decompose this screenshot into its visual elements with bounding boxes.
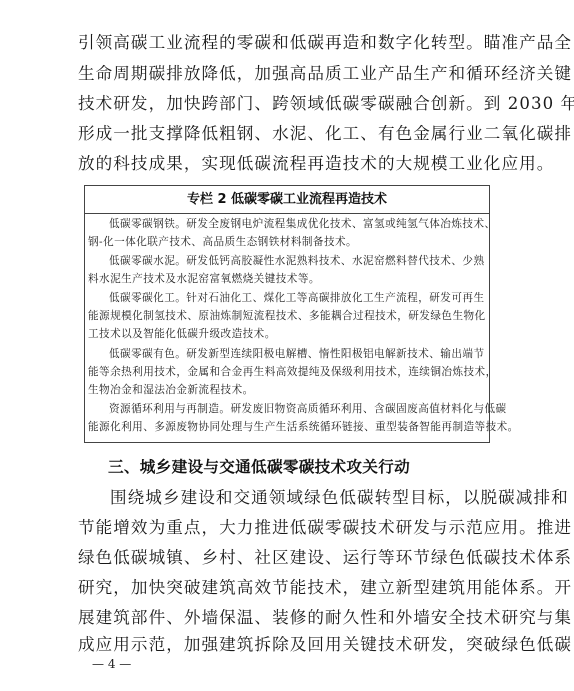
box-line: 料水泥生产技术及水泥窑富氧燃烧关键技术等。 xyxy=(88,272,488,286)
box-line: 低碳零碳有色。研发新型连续阳极电解槽、惰性阳极铝电解新技术、输出端节 xyxy=(109,347,509,361)
box-line: 工技术以及智能化低碳升级改造技术。 xyxy=(88,327,488,341)
section-heading: 三、城乡建设与交通低碳零碳技术攻关行动 xyxy=(108,457,410,477)
paragraph-line: 成应用示范，加强建筑拆除及回用关键技术研发，突破绿色低碳 xyxy=(78,635,498,655)
paragraph-line: 技术研发，加快跨部门、跨领域低碳零碳融合创新。到 2030 年， xyxy=(78,94,498,114)
box-line: 低碳零碳钢铁。研发全废钢电炉流程集成优化技术、富氢或纯氢气体冶炼技术、 xyxy=(109,217,509,231)
column-box-title: 专栏 2 低碳零碳工业流程再造技术 xyxy=(85,186,489,214)
box-line: 低碳零碳水泥。研发低钙高胶凝性水泥熟料技术、水泥窑燃料替代技术、少熟 xyxy=(109,254,509,268)
page-number: — 4 — xyxy=(92,657,131,671)
box-line: 低碳零碳化工。针对石油化工、煤化工等高碳排放化工生产流程，研发可再生 xyxy=(109,291,509,305)
paragraph-line: 展建筑部件、外墙保温、装修的耐久性和外墙安全技术研究与集 xyxy=(78,608,498,628)
paragraph-line: 节能增效为重点，大力推进低碳零碳技术研发与示范应用。推进 xyxy=(78,518,498,538)
paragraph-line: 引领高碳工业流程的零碳和低碳再造和数字化转型。瞄准产品全 xyxy=(78,33,498,53)
paragraph-line: 绿色低碳城镇、乡村、社区建设、运行等环节绿色低碳技术体系 xyxy=(78,548,498,568)
box-line: 能等余热利用技术，金属和合金再生料高效提纯及保级利用技术，连续铜冶炼技术， xyxy=(88,365,488,379)
paragraph-line: 放的科技成果，实现低碳流程再造技术的大规模工业化应用。 xyxy=(78,154,498,174)
paragraph-line: 生命周期碳排放降低，加强高品质工业产品生产和循环经济关键 xyxy=(78,64,498,84)
paragraph-line: 研究，加快突破建筑高效节能技术，建立新型建筑用能体系。开 xyxy=(78,578,498,598)
paragraph-line: 围绕城乡建设和交通领域绿色低碳转型目标，以脱碳减排和 xyxy=(110,488,530,508)
column-box: 专栏 2 低碳零碳工业流程再造技术 低碳零碳钢铁。研发全废钢电炉流程集成优化技术… xyxy=(84,185,490,443)
paragraph-line: 形成一批支撑降低粗钢、水泥、化工、有色金属行业二氧化碳排 xyxy=(78,124,498,144)
box-line: 能源化利用、多源废物协同处理与生产生活系统循环链接、重型装备智能再制造等技术。 xyxy=(88,420,488,434)
box-line: 资源循环利用与再制造。研发废旧物资高质循环利用、含碳固废高值材料化与低碳 xyxy=(109,402,509,416)
box-line: 能源规模化制氢技术、原油炼制短流程技术、多能耦合过程技术，研发绿色生物化 xyxy=(88,309,488,323)
box-line: 生物冶金和湿法冶金新流程技术。 xyxy=(88,383,488,397)
box-line: 钢-化一体化联产技术、高品质生态钢铁材料制备技术。 xyxy=(88,235,488,249)
